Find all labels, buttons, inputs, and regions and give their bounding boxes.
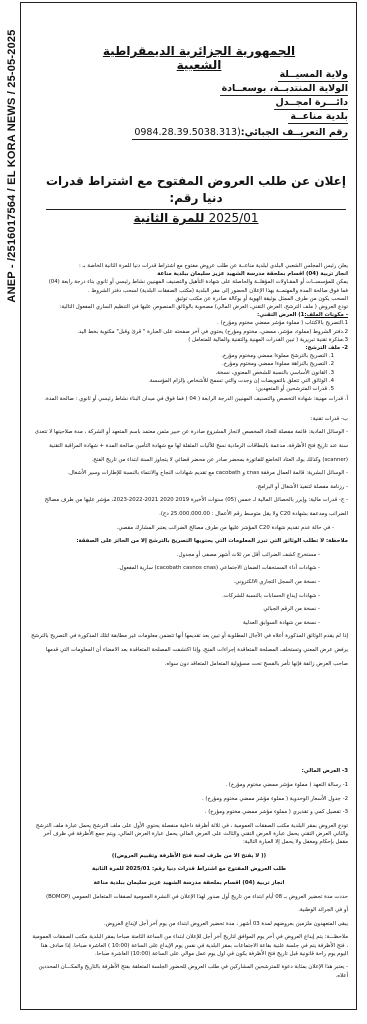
announcement-body: يعلن رئيس المجلس الشعبي البلدي لبلدية من… xyxy=(30,262,348,671)
envelope-line: طلب العروض المفتوح مع اشتراط قدرات دنيا … xyxy=(30,865,348,873)
administration-block: ولاية المسيــلة الولاية المنتدبــة، بوسع… xyxy=(132,68,348,140)
financial-offer-item: 3- تفصيل كمي و تقديري ( مملوء مؤشر ممضي … xyxy=(30,808,348,816)
capacities-section: أ. قدرات مهنية: شهادة التخصص والتصنيف ال… xyxy=(30,393,348,671)
intro-line: انجاز تربية (04) اقسام بملحقة مدرسة الشه… xyxy=(30,270,348,278)
technical-offer-item: 3.مذكرة تقنية تبريرية ( تبين القدرات الم… xyxy=(30,336,348,344)
closing-line: يبقى المتعهدون ملزمين بعروضهم لمدة 03 أش… xyxy=(30,920,348,928)
intro-line: فما فوق صالحة المدة والمهتمــة بهذا الإع… xyxy=(30,287,348,295)
envelope-line: انجاز تربية (04) اقسام بملحقة مدرسة الشه… xyxy=(30,879,348,887)
candidacy-item: 2. التصريح بالنزاهة مملوءا ممضي ومختوم و… xyxy=(30,360,348,368)
tax-id: رقم التعريــف الجبائي:(0984.28.39.5038.3… xyxy=(132,126,348,140)
work-schedule: - رزنامة مفصلة لتنفيذ الأشغال أو البرامج… xyxy=(30,481,348,495)
candidacy-item: 5. قدرات المترشحين أو المتعهدين: xyxy=(30,385,348,393)
remark-item: - نسخة من الرقم الجبائي xyxy=(30,603,348,617)
envelope-line: (( لا يفتح الا من طرف لجنة فتح الأظرفة و… xyxy=(30,852,348,860)
intro-line: السحب يكون من طرف الممثل بوثيقة الهوية أ… xyxy=(30,295,348,303)
title-second-time: للمرة الثانية xyxy=(134,211,205,225)
publication-reference: ANEP - /2516017564 / EL KORA NEWS / 25-0… xyxy=(6,0,18,336)
closing-line: حددت مدة تحضير العروض بـ 08 أيام ابتداء … xyxy=(30,893,348,901)
technical-material-means: - الوسائل المادية: قائمة مفصلة للعتاد ال… xyxy=(30,426,348,467)
financial-capacity: - ج- قدرات مالية: وإبرر بالحصائل المالية… xyxy=(30,494,348,521)
financial-offer-section: 3- العرض المالي: 1- رسالة التعهد ( مملوء… xyxy=(30,762,348,985)
remark-item: - شهادات إيداع الحسابات بالنسبة للشركات. xyxy=(30,590,348,604)
technical-offer-item: 1.التصريح بالاكتتاب ( مملوء مؤشر ممضي مخ… xyxy=(30,319,348,327)
closing-line: أو في الجرائد الوطنية. xyxy=(30,906,348,914)
c20-note: - في حالة عدم تقديم شهادة C20 المؤشر علي… xyxy=(30,522,348,536)
remark-item: - نسخة من شهادة السوابق العدلية xyxy=(30,617,348,631)
candidacy-item: 3. القانون الأساسي بالنسبة للشخص المعنوي… xyxy=(30,369,348,377)
title-line-1: إعلان عن طلب العروض المفتوح مع اشتراط قد… xyxy=(46,173,346,210)
financial-offer-item: 1- رسالة التعهد ( مملوء مؤشر ممضي مختوم … xyxy=(30,781,348,789)
daira-label: دائـــرة امجــدل xyxy=(274,96,348,110)
technical-human-means: - الوسائل البشرية: قائمة العمال مرفقة cn… xyxy=(30,467,348,481)
intro-line: تودع العروض ( ملف الترشح، العرض التقني، … xyxy=(30,303,348,311)
intro-line: يعلن رئيس المجلس الشعبي البلدي لبلدية من… xyxy=(30,262,348,270)
tax-id-value: (0984.28.39.5038.313 xyxy=(134,127,240,138)
announcement-title: إعلان عن طلب العروض المفتوح مع اشتراط قد… xyxy=(46,173,346,227)
closing-note: ملاحظـــة: يتم إيداع العروض في آخر يوم ا… xyxy=(30,933,348,958)
candidacy-heading: 2- ملف الترشح: xyxy=(30,344,348,352)
remark-item: - مستخرج كشف الضرائب أقل من ثلاث أشهر مص… xyxy=(30,549,348,563)
intro-line: يمكن للمؤسســات أو المقـاولات المؤهلــة … xyxy=(30,278,348,286)
professional-capacity: أ. قدرات مهنية: شهادة التخصص والتصنيف ال… xyxy=(30,393,348,407)
financial-offer-item: 2- جدول الأسعار الوحدوية ( مملوء مؤشر مم… xyxy=(30,795,348,803)
title-number: 2025/01 xyxy=(209,211,259,225)
candidacy-item: 1. التصريح بالترشح مملوءا ممضي ومختوم وم… xyxy=(30,352,348,360)
closing-line: - يعتبر هذا الإعلان بمثابة دعوة للمترشحي… xyxy=(30,963,348,979)
delegated-wilaya-label: الولاية المنتدبــة، بوسعــادة xyxy=(220,82,348,96)
side-band: ANEP - /2516017564 / EL KORA NEWS / 25-0… xyxy=(0,0,22,360)
remark-warning: إذا لم يقدم الوثائق المذكورة أعلاه في ال… xyxy=(30,630,348,671)
remark-item: - شهادات أداء المستحقات الضمان الاجتماعي… xyxy=(30,562,348,576)
financial-offer-heading: 3- العرض المالي: xyxy=(30,767,348,775)
remark-item: - نسخة من السجل التجاري الالكتروني. xyxy=(30,576,348,590)
wilaya-label: ولاية المسيــلة xyxy=(278,68,349,82)
commune-label: بلدية مناعــة xyxy=(288,110,348,124)
tax-id-label: رقم التعريــف الجبائي: xyxy=(241,127,348,138)
deposit-instructions: تودع العروض بمقر البلدية مكتب الصفقات ال… xyxy=(30,822,348,847)
remark-text: ملاحظة: لا تطلب الوثائق التي تبرر المعلو… xyxy=(30,535,348,549)
title-line-2: 2025/01 للمرة الثانية xyxy=(46,210,346,227)
candidacy-item: 4. الوثائق التي تتعلق بالتفويضات إن وجدت… xyxy=(30,377,348,385)
technical-capacity-heading: ب- قدرات تقنية: xyxy=(30,413,348,427)
file-contents-heading: - مكونات الملف:1) العرض التقني: xyxy=(30,311,348,319)
technical-offer-item: 2.دفتر الشروط (مملوء، مؤشر، ممضي، مختوم … xyxy=(30,328,348,336)
